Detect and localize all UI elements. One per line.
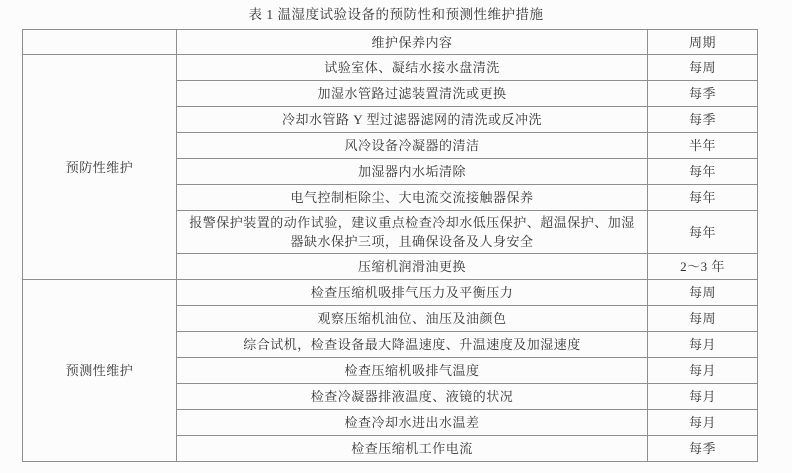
content-cell: 综合试机，检查设备最大降温速度、升温速度及加湿速度 bbox=[177, 332, 648, 358]
period-cell: 每季 bbox=[648, 81, 758, 107]
header-period: 周期 bbox=[648, 30, 758, 55]
period-cell: 每周 bbox=[648, 306, 758, 332]
content-cell: 试验室体、凝结水接水盘清洗 bbox=[177, 55, 648, 81]
period-cell: 每年 bbox=[648, 185, 758, 211]
period-cell: 每季 bbox=[648, 107, 758, 133]
period-cell: 半年 bbox=[648, 133, 758, 159]
category-cell-preventive: 预防性维护 bbox=[23, 55, 177, 280]
content-cell: 加湿水管路过滤装置清洗或更换 bbox=[177, 81, 648, 107]
table-caption: 表 1 温湿度试验设备的预防性和预测性维护措施 bbox=[0, 7, 792, 22]
content-cell: 观察压缩机油位、油压及油颜色 bbox=[177, 306, 648, 332]
content-cell: 报警保护装置的动作试验，建议重点检查冷却水低压保护、超温保护、加湿器缺水保护三项… bbox=[177, 211, 648, 254]
period-cell: 每月 bbox=[648, 410, 758, 436]
table-row: 预防性维护 试验室体、凝结水接水盘清洗 每周 bbox=[23, 55, 758, 81]
maintenance-table: 维护保养内容 周期 预防性维护 试验室体、凝结水接水盘清洗 每周 加湿水管路过滤… bbox=[22, 29, 758, 462]
content-cell: 检查压缩机吸排气压力及平衡压力 bbox=[177, 280, 648, 306]
period-cell: 每周 bbox=[648, 280, 758, 306]
content-cell: 冷却水管路 Y 型过滤器滤网的清洗或反冲洗 bbox=[177, 107, 648, 133]
content-cell: 加湿器内水垢清除 bbox=[177, 159, 648, 185]
table-row: 预测性维护 检查压缩机吸排气压力及平衡压力 每周 bbox=[23, 280, 758, 306]
content-cell: 电气控制柜除尘、大电流交流接触器保养 bbox=[177, 185, 648, 211]
period-cell: 每月 bbox=[648, 384, 758, 410]
period-cell: 每年 bbox=[648, 159, 758, 185]
content-cell: 检查压缩机工作电流 bbox=[177, 436, 648, 462]
table-header-row: 维护保养内容 周期 bbox=[23, 30, 758, 55]
content-cell: 压缩机润滑油更换 bbox=[177, 254, 648, 280]
period-cell: 每年 bbox=[648, 211, 758, 254]
period-cell: 2～3 年 bbox=[648, 254, 758, 280]
category-cell-predictive: 预测性维护 bbox=[23, 280, 177, 462]
content-cell: 检查压缩机吸排气温度 bbox=[177, 358, 648, 384]
content-cell: 检查冷却水进出水温差 bbox=[177, 410, 648, 436]
period-cell: 每周 bbox=[648, 55, 758, 81]
header-content: 维护保养内容 bbox=[177, 30, 648, 55]
content-cell: 风冷设备冷凝器的清洁 bbox=[177, 133, 648, 159]
header-category-empty bbox=[23, 30, 177, 55]
content-cell: 检查冷凝器排液温度、液镜的状况 bbox=[177, 384, 648, 410]
period-cell: 每月 bbox=[648, 332, 758, 358]
period-cell: 每季 bbox=[648, 436, 758, 462]
period-cell: 每月 bbox=[648, 358, 758, 384]
